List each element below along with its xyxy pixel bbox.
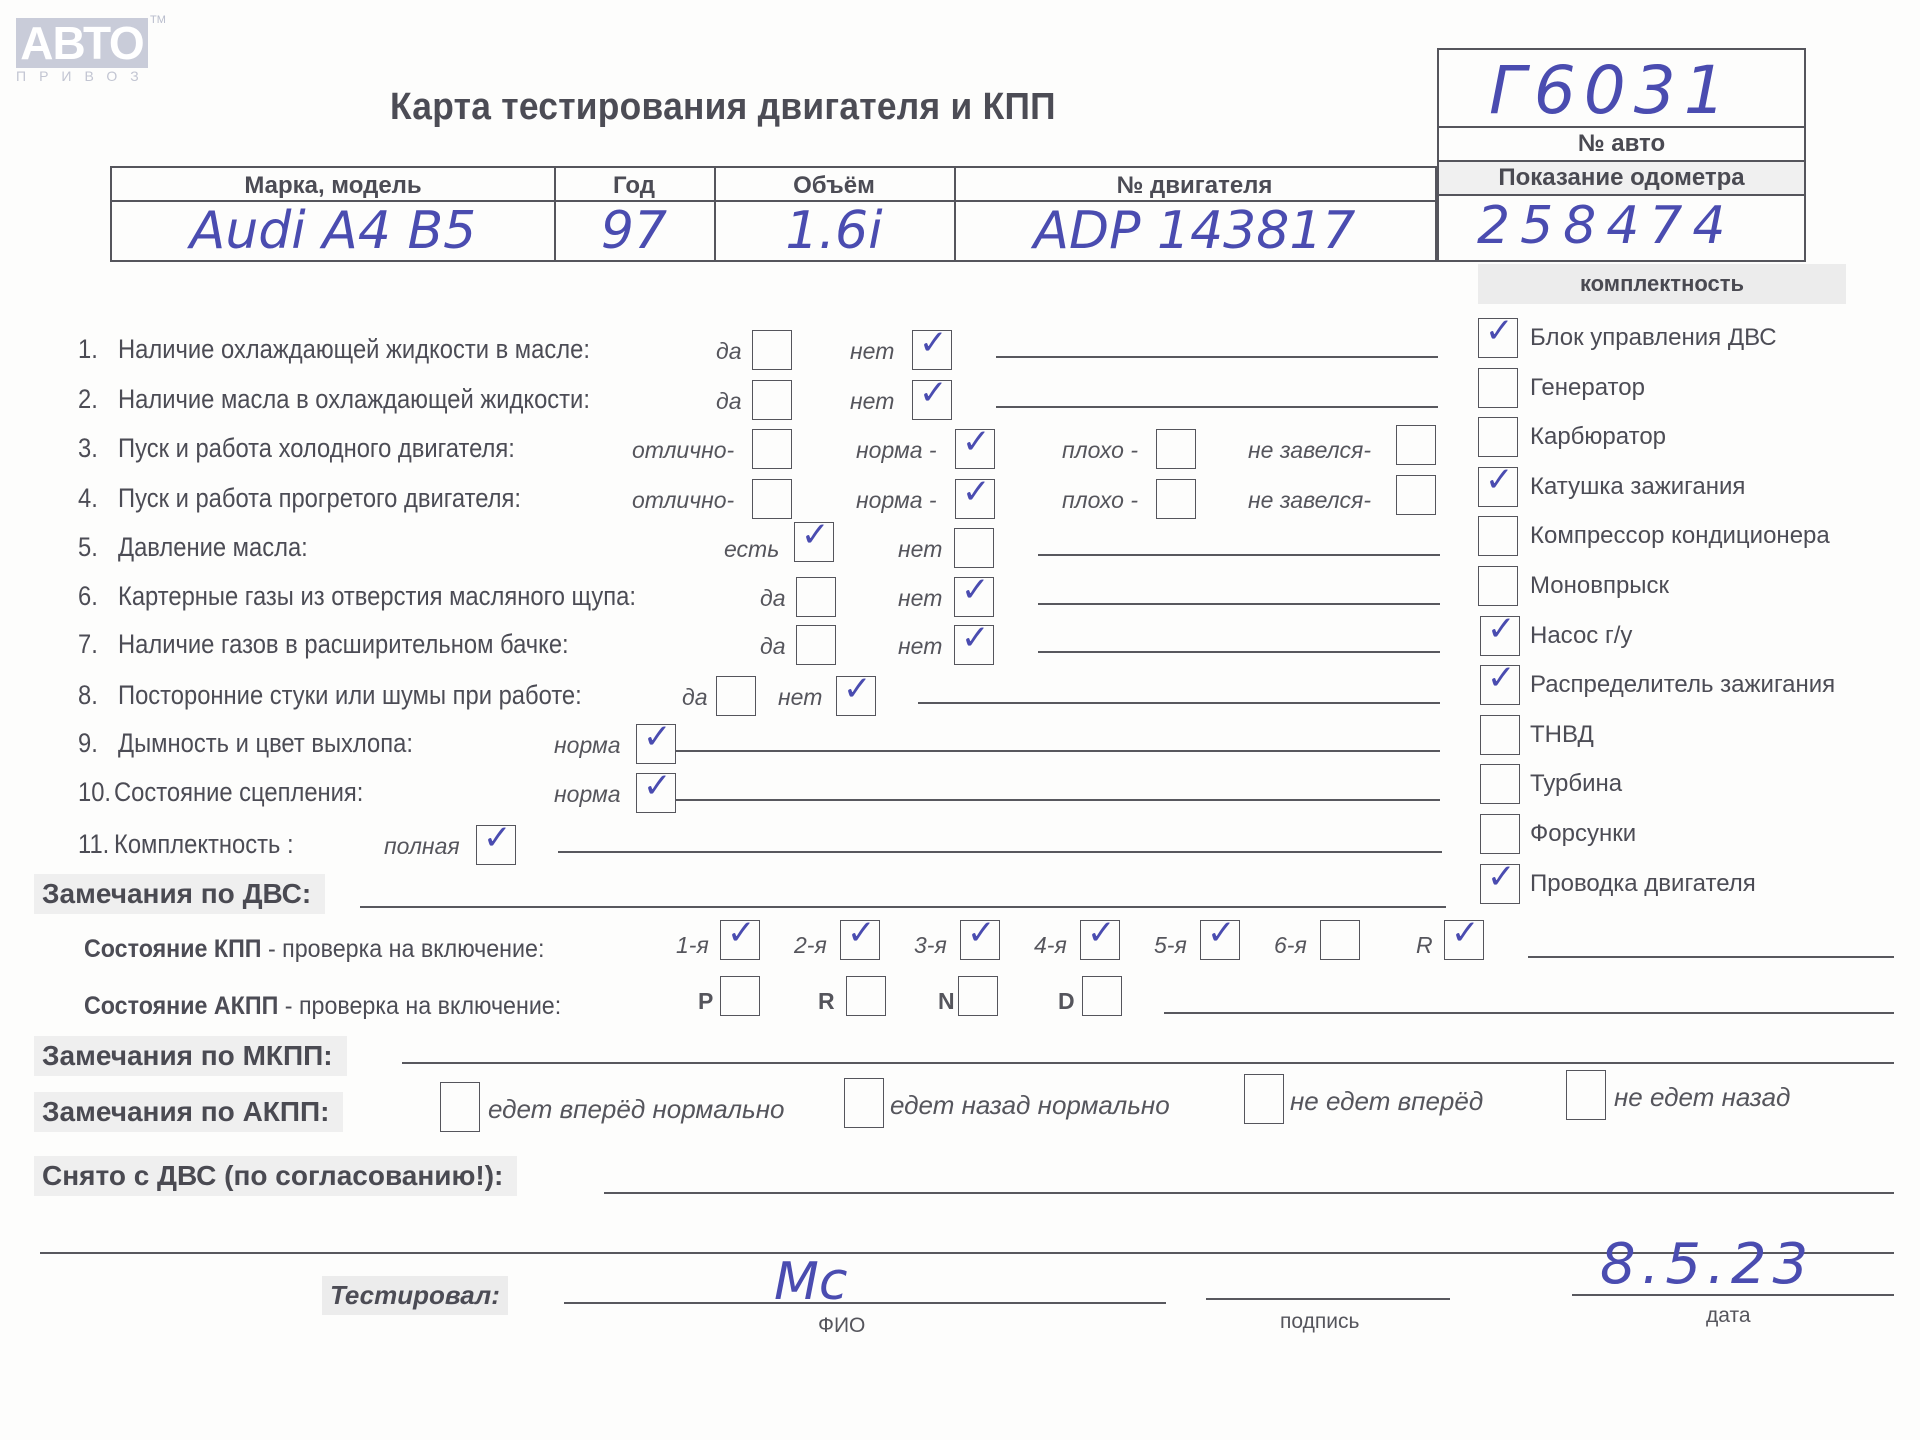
check-mark-icon: ✓ bbox=[1485, 460, 1514, 500]
kit-checkbox[interactable]: ✓ bbox=[1480, 665, 1520, 705]
option-label: да bbox=[760, 633, 786, 660]
kit-checkbox[interactable] bbox=[1478, 566, 1518, 606]
akpp-option-label: не едет назад bbox=[1614, 1082, 1790, 1113]
check-mark-icon: ✓ bbox=[962, 472, 991, 512]
check-mark-icon: ✓ bbox=[919, 373, 948, 413]
question-text: Комплектность : bbox=[114, 829, 294, 860]
question-number: 3. bbox=[78, 433, 98, 464]
gear-label: 4-я bbox=[1034, 932, 1067, 959]
question-remark-line[interactable] bbox=[1038, 651, 1440, 653]
kit-item-label: ТНВД bbox=[1530, 721, 1594, 749]
option-label: норма bbox=[554, 781, 621, 808]
kit-checkbox[interactable]: ✓ bbox=[1480, 864, 1520, 904]
kit-checkbox[interactable] bbox=[1478, 368, 1518, 408]
check-mark-icon: ✓ bbox=[643, 717, 672, 757]
volume-value[interactable]: 1.6i bbox=[714, 202, 954, 260]
year-value[interactable]: 97 bbox=[554, 202, 714, 260]
question-text: Картерные газы из отверстия масляного щу… bbox=[118, 581, 636, 612]
option-label: полная bbox=[384, 833, 460, 860]
signature-caption: подпись bbox=[1280, 1310, 1359, 1334]
option-checkbox[interactable] bbox=[1156, 429, 1196, 469]
option-checkbox[interactable] bbox=[752, 380, 792, 420]
option-checkbox[interactable] bbox=[752, 429, 792, 469]
position-label: D bbox=[1058, 988, 1075, 1015]
column-header-year: Год bbox=[554, 168, 714, 202]
gear-checkbox[interactable]: ✓ bbox=[1444, 920, 1484, 960]
akpp-remarks-label: Замечания по АКПП: bbox=[34, 1092, 343, 1132]
check-mark-icon: ✓ bbox=[1207, 913, 1236, 953]
question-text: Пуск и работа холодного двигателя: bbox=[118, 433, 515, 464]
question-number: 10. bbox=[78, 777, 111, 808]
gear-checkbox[interactable] bbox=[1320, 920, 1360, 960]
removed-label: Снято с ДВС (по согласованию!): bbox=[34, 1156, 517, 1196]
check-mark-icon: ✓ bbox=[1485, 311, 1514, 351]
position-checkbox[interactable] bbox=[846, 976, 886, 1016]
engine-number-value[interactable]: ADP 143817 bbox=[954, 202, 1435, 260]
kit-item-label: Насос г/у bbox=[1530, 622, 1632, 650]
check-mark-icon: ✓ bbox=[1487, 609, 1516, 649]
check-mark-icon: ✓ bbox=[1487, 658, 1516, 698]
akpp-option-label: едет вперёд нормально bbox=[488, 1094, 784, 1125]
kit-item-label: Моновпрыск bbox=[1530, 572, 1669, 600]
gear-label: 3-я bbox=[914, 932, 947, 959]
kit-checkbox[interactable] bbox=[1478, 516, 1518, 556]
logo-trademark: TM bbox=[150, 14, 166, 26]
question-text: Наличие газов в расширительном бачке: bbox=[118, 629, 569, 660]
akpp-checkbox[interactable] bbox=[844, 1078, 884, 1128]
option-label: да bbox=[760, 585, 786, 612]
option-checkbox[interactable]: ✓ bbox=[476, 825, 516, 865]
option-label: да bbox=[682, 684, 708, 711]
option-label: нет bbox=[850, 338, 894, 365]
auto-number-value[interactable]: Г6031 bbox=[1489, 52, 1734, 129]
check-mark-icon: ✓ bbox=[1487, 857, 1516, 897]
kit-item-label: Генератор bbox=[1530, 374, 1645, 402]
name-caption: ФИО bbox=[818, 1314, 865, 1338]
kit-item-label: Форсунки bbox=[1530, 820, 1636, 848]
option-checkbox[interactable]: ✓ bbox=[836, 676, 876, 716]
gear-label: 2-я bbox=[794, 932, 827, 959]
option-label: нет bbox=[850, 388, 894, 415]
auto-gearbox-remarks-line[interactable] bbox=[1164, 1012, 1894, 1014]
question-number: 4. bbox=[78, 483, 98, 514]
question-number: 7. bbox=[78, 629, 98, 660]
check-mark-icon: ✓ bbox=[1451, 913, 1480, 953]
mkpp-remarks-line[interactable] bbox=[402, 1062, 1894, 1064]
gearbox-remarks-line[interactable] bbox=[1528, 956, 1894, 958]
option-label: норма - bbox=[856, 437, 937, 464]
position-checkbox[interactable] bbox=[958, 976, 998, 1016]
option-label: да bbox=[716, 338, 742, 365]
option-checkbox[interactable]: ✓ bbox=[912, 380, 952, 420]
kit-item-label: Турбина bbox=[1530, 770, 1622, 798]
question-remark-line[interactable] bbox=[1038, 554, 1440, 556]
odometer-label: Показание одометра bbox=[1439, 162, 1804, 194]
option-checkbox[interactable]: ✓ bbox=[954, 625, 994, 665]
question-number: 8. bbox=[78, 680, 98, 711]
gear-label: R bbox=[1416, 932, 1433, 959]
question-text: Наличие масла в охлаждающей жидкости: bbox=[118, 384, 590, 415]
page-title: Карта тестирования двигателя и КПП bbox=[390, 86, 1056, 129]
kit-item-label: Карбюратор bbox=[1530, 423, 1666, 451]
kit-item-label: Катушка зажигания bbox=[1530, 473, 1745, 501]
option-label: норма - bbox=[856, 487, 937, 514]
engine-remarks-label: Замечания по ДВС: bbox=[34, 874, 325, 914]
position-label: P bbox=[698, 988, 713, 1015]
option-label: плохо - bbox=[1062, 437, 1138, 464]
auto-gearbox-label: Состояние АКПП - проверка на включение: bbox=[84, 992, 561, 1021]
option-label: да bbox=[716, 388, 742, 415]
option-checkbox[interactable] bbox=[796, 577, 836, 617]
kit-checkbox[interactable]: ✓ bbox=[1480, 616, 1520, 656]
option-label: не завелся- bbox=[1248, 487, 1371, 514]
option-checkbox[interactable] bbox=[1396, 475, 1436, 515]
gear-checkbox[interactable]: ✓ bbox=[960, 920, 1000, 960]
gear-checkbox[interactable]: ✓ bbox=[1080, 920, 1120, 960]
question-text: Давление масла: bbox=[118, 532, 308, 563]
option-label: нет bbox=[778, 684, 822, 711]
question-remark-line[interactable] bbox=[558, 851, 1442, 853]
auto-number-box: Г6031 № авто Показание одометра 258474 bbox=[1437, 48, 1806, 262]
question-text: Посторонние стуки или шумы при работе: bbox=[118, 680, 582, 711]
option-checkbox[interactable]: ✓ bbox=[636, 773, 676, 813]
manual-gearbox-label: Состояние КПП - проверка на включение: bbox=[84, 935, 544, 964]
option-checkbox[interactable]: ✓ bbox=[912, 330, 952, 370]
option-label: есть bbox=[724, 536, 779, 563]
position-label: R bbox=[818, 988, 835, 1015]
check-mark-icon: ✓ bbox=[727, 913, 756, 953]
mkpp-remarks-label: Замечания по МКПП: bbox=[34, 1036, 347, 1076]
date-caption: дата bbox=[1706, 1304, 1751, 1328]
kit-item-label: Проводка двигателя bbox=[1530, 870, 1756, 898]
question-text: Состояние сцепления: bbox=[114, 777, 363, 808]
kit-title: комплектность bbox=[1478, 264, 1846, 304]
column-header-volume: Объём bbox=[714, 168, 954, 202]
gear-label: 1-я bbox=[676, 932, 709, 959]
option-checkbox[interactable] bbox=[1156, 479, 1196, 519]
date-line[interactable] bbox=[1572, 1294, 1894, 1296]
option-label: нет bbox=[898, 633, 942, 660]
kit-checkbox[interactable] bbox=[1480, 814, 1520, 854]
option-checkbox[interactable] bbox=[716, 676, 756, 716]
kit-checkbox[interactable] bbox=[1480, 715, 1520, 755]
position-label: N bbox=[938, 988, 955, 1015]
option-label: нет bbox=[898, 536, 942, 563]
option-checkbox[interactable] bbox=[796, 625, 836, 665]
check-mark-icon: ✓ bbox=[961, 618, 990, 658]
position-checkbox[interactable] bbox=[720, 976, 760, 1016]
kit-checkbox[interactable] bbox=[1478, 417, 1518, 457]
signature-line[interactable] bbox=[1206, 1298, 1450, 1300]
tester-name-line[interactable] bbox=[564, 1302, 1166, 1304]
question-number: 1. bbox=[78, 334, 98, 365]
question-remark-line[interactable] bbox=[676, 750, 1440, 752]
check-mark-icon: ✓ bbox=[483, 818, 512, 858]
question-number: 11. bbox=[78, 829, 109, 860]
option-checkbox[interactable]: ✓ bbox=[954, 577, 994, 617]
position-checkbox[interactable] bbox=[1082, 976, 1122, 1016]
kit-item-label: Блок управления ДВС bbox=[1530, 324, 1777, 352]
option-checkbox[interactable] bbox=[752, 330, 792, 370]
kit-checkbox[interactable]: ✓ bbox=[1478, 318, 1518, 358]
question-text: Дымность и цвет выхлопа: bbox=[118, 728, 413, 759]
question-text: Пуск и работа прогретого двигателя: bbox=[118, 483, 521, 514]
engine-remarks-line[interactable] bbox=[360, 906, 1446, 908]
option-label: плохо - bbox=[1062, 487, 1138, 514]
akpp-checkbox[interactable] bbox=[440, 1082, 480, 1132]
check-mark-icon: ✓ bbox=[843, 669, 872, 709]
option-checkbox[interactable]: ✓ bbox=[955, 429, 995, 469]
question-remark-line[interactable] bbox=[996, 406, 1438, 408]
vehicle-info-table: Марка, модель Год Объём № двигателя Audi… bbox=[110, 166, 1437, 262]
option-checkbox[interactable] bbox=[954, 528, 994, 568]
gear-checkbox[interactable]: ✓ bbox=[1200, 920, 1240, 960]
removed-line[interactable] bbox=[604, 1192, 1894, 1194]
check-mark-icon: ✓ bbox=[967, 913, 996, 953]
model-value[interactable]: Audi A4 B5 bbox=[112, 202, 554, 260]
question-number: 6. bbox=[78, 581, 98, 612]
date-value[interactable]: 8.5.23 bbox=[1600, 1232, 1814, 1297]
akpp-option-label: едет назад нормально bbox=[890, 1090, 1170, 1121]
option-label: не завелся- bbox=[1248, 437, 1371, 464]
gear-label: 6-я bbox=[1274, 932, 1307, 959]
gear-checkbox[interactable]: ✓ bbox=[720, 920, 760, 960]
option-checkbox[interactable]: ✓ bbox=[636, 724, 676, 764]
question-remark-line[interactable] bbox=[996, 356, 1438, 358]
question-remark-line[interactable] bbox=[1038, 603, 1440, 605]
option-label: отлично- bbox=[632, 437, 734, 464]
logo: АВТО bbox=[16, 18, 148, 68]
check-mark-icon: ✓ bbox=[1087, 913, 1116, 953]
kit-checkbox[interactable]: ✓ bbox=[1478, 467, 1518, 507]
kit-checkbox[interactable] bbox=[1480, 764, 1520, 804]
option-label: нет bbox=[898, 585, 942, 612]
question-number: 2. bbox=[78, 384, 98, 415]
auto-number-label: № авто bbox=[1439, 128, 1804, 160]
question-text: Наличие охлаждающей жидкости в масле: bbox=[118, 334, 590, 365]
option-label: отлично- bbox=[632, 487, 734, 514]
akpp-option-label: не едет вперёд bbox=[1290, 1086, 1483, 1117]
gear-label: 5-я bbox=[1154, 932, 1187, 959]
tested-by-label: Тестировал: bbox=[322, 1276, 508, 1315]
logo-subtitle: ПРИВОЗ bbox=[16, 68, 152, 84]
option-checkbox[interactable] bbox=[752, 479, 792, 519]
option-checkbox[interactable]: ✓ bbox=[955, 479, 995, 519]
check-mark-icon: ✓ bbox=[643, 766, 672, 806]
check-mark-icon: ✓ bbox=[847, 913, 876, 953]
check-mark-icon: ✓ bbox=[919, 323, 948, 363]
column-header-model: Марка, модель bbox=[112, 168, 554, 202]
kit-item-label: Компрессор кондиционера bbox=[1530, 522, 1830, 550]
gear-checkbox[interactable]: ✓ bbox=[840, 920, 880, 960]
check-mark-icon: ✓ bbox=[801, 515, 830, 555]
odometer-value[interactable]: 258474 bbox=[1477, 194, 1736, 258]
check-mark-icon: ✓ bbox=[961, 570, 990, 610]
option-checkbox[interactable]: ✓ bbox=[794, 522, 834, 562]
question-number: 9. bbox=[78, 728, 98, 759]
question-number: 5. bbox=[78, 532, 98, 563]
akpp-checkbox[interactable] bbox=[1566, 1070, 1606, 1120]
option-label: норма bbox=[554, 732, 621, 759]
akpp-checkbox[interactable] bbox=[1244, 1074, 1284, 1124]
check-mark-icon: ✓ bbox=[962, 422, 991, 462]
option-checkbox[interactable] bbox=[1396, 425, 1436, 465]
question-remark-line[interactable] bbox=[676, 799, 1440, 801]
column-header-engine-number: № двигателя bbox=[954, 168, 1435, 202]
kit-item-label: Распределитель зажигания bbox=[1530, 671, 1835, 699]
question-remark-line[interactable] bbox=[918, 702, 1440, 704]
